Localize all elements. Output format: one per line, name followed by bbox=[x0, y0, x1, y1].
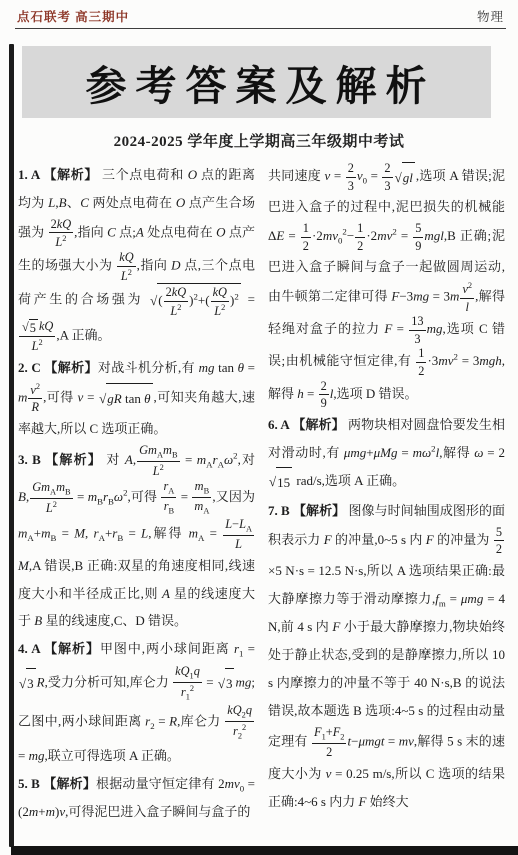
page-title: 参考答案及解析 bbox=[86, 53, 436, 112]
column-left: 1. A 【解析】 三个点电荷和 O 点的距离均为 L,B、C 两处点电荷在 O… bbox=[18, 161, 255, 826]
fraction: √5kQL2 bbox=[19, 319, 55, 354]
fraction: kQ2qr22 bbox=[225, 703, 254, 742]
page-bottom-edge bbox=[11, 846, 518, 855]
fraction: mBmA bbox=[192, 479, 211, 517]
radical: √gl bbox=[395, 162, 415, 192]
radical: √3 bbox=[19, 668, 36, 698]
fraction: L−LAL bbox=[223, 517, 254, 552]
fraction: kQL2 bbox=[211, 285, 229, 318]
fraction: v2l bbox=[460, 281, 474, 314]
fraction: 12 bbox=[301, 221, 311, 253]
title-banner: 参考答案及解析 bbox=[22, 46, 491, 118]
fraction: 29 bbox=[319, 379, 329, 411]
radical: √15 bbox=[269, 467, 292, 497]
subject-label: 物理 bbox=[477, 7, 504, 25]
fraction: 23 bbox=[382, 161, 392, 193]
answer-q7: 7. B 【解析】 图像与时间轴围成图形的面积表示力 F 的冲量,0~5 s 内… bbox=[268, 497, 505, 816]
fraction: kQL2 bbox=[117, 250, 135, 283]
answer-q4: 4. A 【解析】甲图中,两小球间距离 r1 = √3R,受力分析可知,库仑力 … bbox=[18, 635, 255, 769]
fraction: 133 bbox=[409, 314, 425, 346]
answer-q3: 3. B 【解析】 对 A,GmAmBL2 = mArAω2,对 B,GmAmB… bbox=[18, 443, 255, 635]
running-head: 点石联考 高三期中 物理 bbox=[15, 7, 506, 29]
answer-q6: 6. A 【解析】 两物块相对圆盘恰要发生相对滑动时,有 μmg+μMg = m… bbox=[268, 411, 505, 497]
content-columns: 1. A 【解析】 三个点电荷和 O 点的距离均为 L,B、C 两处点电荷在 O… bbox=[18, 161, 505, 826]
column-right: 共同速度 v = 23v0 = 23√gl,选项 A 错误;泥巴进入盒子的过程中… bbox=[268, 161, 505, 826]
fraction: 2kQL2 bbox=[164, 285, 189, 318]
fraction: kQ1qr12 bbox=[173, 664, 202, 703]
fraction: 2kQL2 bbox=[49, 217, 74, 250]
radical: √3 bbox=[218, 668, 235, 698]
radical: √gR tan θ bbox=[99, 383, 152, 413]
page-edge-shadow bbox=[9, 44, 14, 847]
answer-sheet-page: 点石联考 高三期中 物理 参考答案及解析 2024-2025 学年度上学期高三年… bbox=[0, 0, 518, 855]
fraction: GmAmBL2 bbox=[137, 443, 179, 479]
fraction: 59 bbox=[413, 221, 423, 253]
answer-q2: 2. C 【解析】对战斗机分析,有 mg tan θ = mv2R,可得 v =… bbox=[18, 354, 255, 443]
fraction: v2R bbox=[28, 382, 42, 415]
fraction: rArB bbox=[161, 479, 176, 517]
exam-subtitle: 2024-2025 学年度上学期高三年级期中考试 bbox=[0, 130, 518, 151]
fraction: F1+F22 bbox=[312, 725, 346, 760]
exam-name-label: 点石联考 高三期中 bbox=[17, 7, 129, 25]
fraction: GmAmBL2 bbox=[30, 480, 72, 516]
answer-q5-part2: 共同速度 v = 23v0 = 23√gl,选项 A 错误;泥巴进入盒子的过程中… bbox=[268, 161, 505, 411]
answer-q5-part1: 5. B 【解析】根据动量守恒定律有 2mv0 = (2m+m)v,可得泥巴进入… bbox=[18, 770, 255, 827]
fraction: 52 bbox=[494, 525, 504, 557]
answer-q1: 1. A 【解析】 三个点电荷和 O 点的距离均为 L,B、C 两处点电荷在 O… bbox=[18, 161, 255, 354]
fraction: 23 bbox=[346, 161, 356, 193]
fraction: 12 bbox=[355, 221, 365, 253]
radical: √5 bbox=[22, 319, 38, 336]
radical: √(2kQL2)2+(kQL2)2 bbox=[150, 283, 241, 318]
fraction: 12 bbox=[416, 346, 426, 378]
